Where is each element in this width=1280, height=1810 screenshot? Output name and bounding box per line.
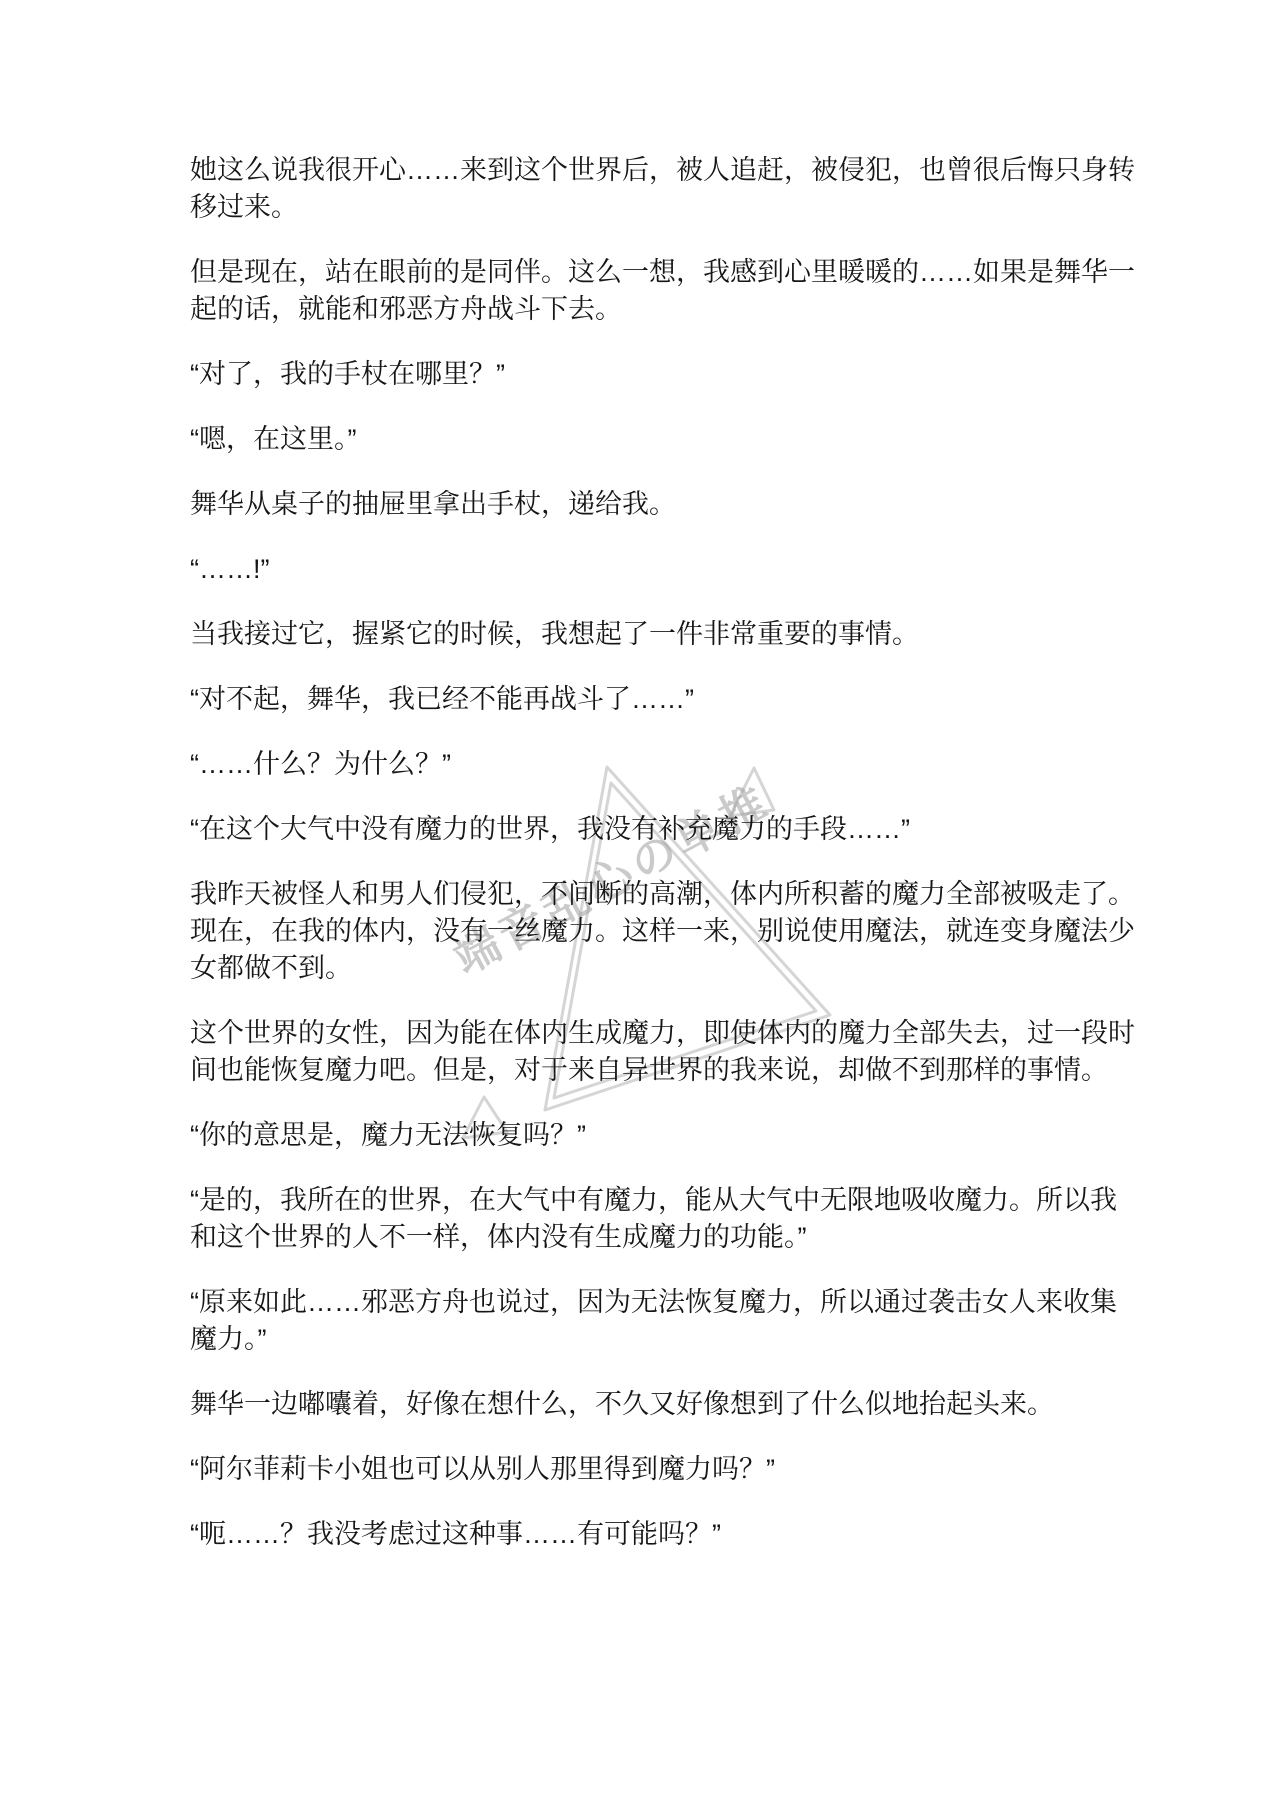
paragraph: “是的，我所在的世界，在大气中有魔力，能从大气中无限地吸收魔力。所以我和这个世界…	[190, 1182, 1140, 1256]
paragraph: “阿尔菲莉卡小姐也可以从别人那里得到魔力吗？”	[190, 1451, 1140, 1488]
paragraph: “对了，我的手杖在哪里？”	[190, 356, 1140, 393]
paragraph: “原来如此……邪恶方舟也说过，因为无法恢复魔力，所以通过袭击女人来收集魔力。”	[190, 1284, 1140, 1358]
novel-text: 她这么说我很开心……来到这个世界后，被人追赶，被侵犯，也曾很后悔只身转移过来。但…	[0, 0, 1280, 1553]
paragraph: 这个世界的女性，因为能在体内生成魔力，即使体内的魔力全部失去，过一段时间也能恢复…	[190, 1015, 1140, 1089]
paragraph: “嗯，在这里。”	[190, 421, 1140, 458]
paragraph: “你的意思是，魔力无法恢复吗？”	[190, 1117, 1140, 1154]
paragraph: 舞华一边嘟囔着，好像在想什么，不久又好像想到了什么似地抬起头来。	[190, 1386, 1140, 1423]
paragraph: 但是现在，站在眼前的是同伴。这么一想，我感到心里暖暖的……如果是舞华一起的话，就…	[190, 254, 1140, 328]
paragraph: “呃……？我没考虑过这种事……有可能吗？”	[190, 1516, 1140, 1553]
paragraph: “……什么？为什么？”	[190, 746, 1140, 783]
paragraph: 她这么说我很开心……来到这个世界后，被人追赶，被侵犯，也曾很后悔只身转移过来。	[190, 152, 1140, 226]
document-page: 端音乱心の单推 她这么说我很开心……来到这个世界后，被人追赶，被侵犯，也曾很后悔…	[0, 0, 1280, 1810]
paragraph: 当我接过它，握紧它的时候，我想起了一件非常重要的事情。	[190, 616, 1140, 653]
paragraph: “……!”	[190, 551, 1140, 588]
paragraph: “对不起，舞华，我已经不能再战斗了……”	[190, 681, 1140, 718]
paragraph: 舞华从桌子的抽屉里拿出手杖，递给我。	[190, 486, 1140, 523]
paragraph: “在这个大气中没有魔力的世界，我没有补充魔力的手段……”	[190, 811, 1140, 848]
paragraph: 我昨天被怪人和男人们侵犯，不间断的高潮，体内所积蓄的魔力全部被吸走了。现在，在我…	[190, 876, 1140, 987]
